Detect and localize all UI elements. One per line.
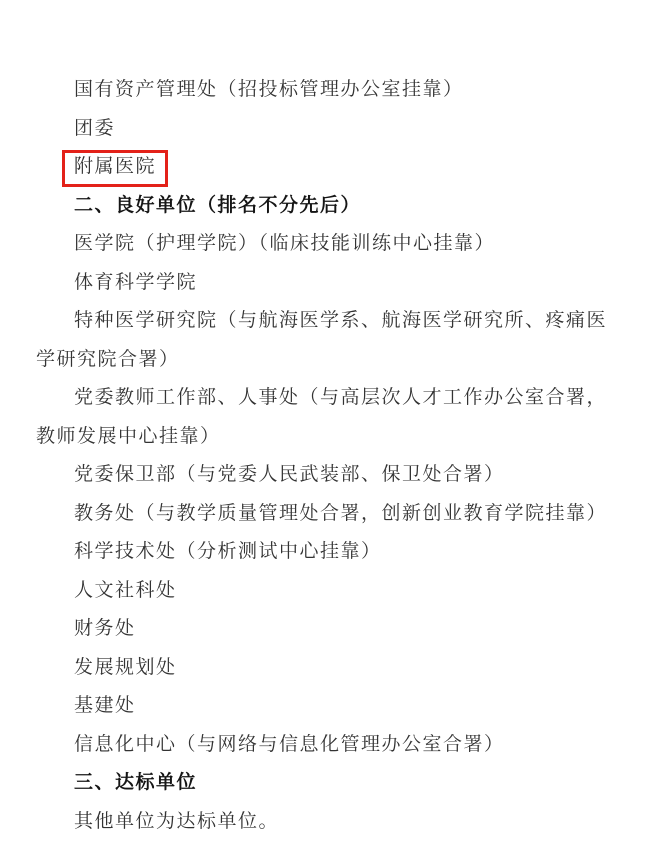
paragraph: 特种医学研究院（与航海医学系、航海医学研究所、疼痛医学研究院合署） — [36, 302, 622, 379]
paragraph: 国有资产管理处（招投标管理办公室挂靠） — [36, 71, 622, 110]
section-heading: 三、达标单位 — [36, 764, 622, 803]
paragraph: 其他单位为达标单位。 — [36, 803, 622, 842]
section-heading: 二、良好单位（排名不分先后） — [36, 187, 622, 226]
paragraph: 财务处 — [36, 610, 622, 649]
paragraph: 人文社科处 — [36, 572, 622, 611]
paragraph: 医学院（护理学院）（临床技能训练中心挂靠） — [36, 225, 622, 264]
paragraph: 基建处 — [36, 687, 622, 726]
highlighted-text: 附属医院 — [74, 156, 156, 177]
paragraph: 信息化中心（与网络与信息化管理办公室合署） — [36, 726, 622, 765]
document-page: 国有资产管理处（招投标管理办公室挂靠）团委附属医院二、良好单位（排名不分先后）医… — [0, 0, 650, 856]
paragraph: 党委保卫部（与党委人民武装部、保卫处合署） — [36, 456, 622, 495]
document-body: 国有资产管理处（招投标管理办公室挂靠）团委附属医院二、良好单位（排名不分先后）医… — [0, 0, 650, 841]
paragraph: 教务处（与教学质量管理处合署，创新创业教育学院挂靠） — [36, 495, 622, 534]
paragraph: 党委教师工作部、人事处（与高层次人才工作办公室合署，教师发展中心挂靠） — [36, 379, 622, 456]
paragraph: 科学技术处（分析测试中心挂靠） — [36, 533, 622, 572]
paragraph: 发展规划处 — [36, 649, 622, 688]
highlight-box: 附属医院 — [62, 150, 168, 187]
paragraph: 体育科学学院 — [36, 264, 622, 303]
paragraph: 附属医院 — [36, 148, 622, 187]
paragraph: 团委 — [36, 110, 622, 149]
